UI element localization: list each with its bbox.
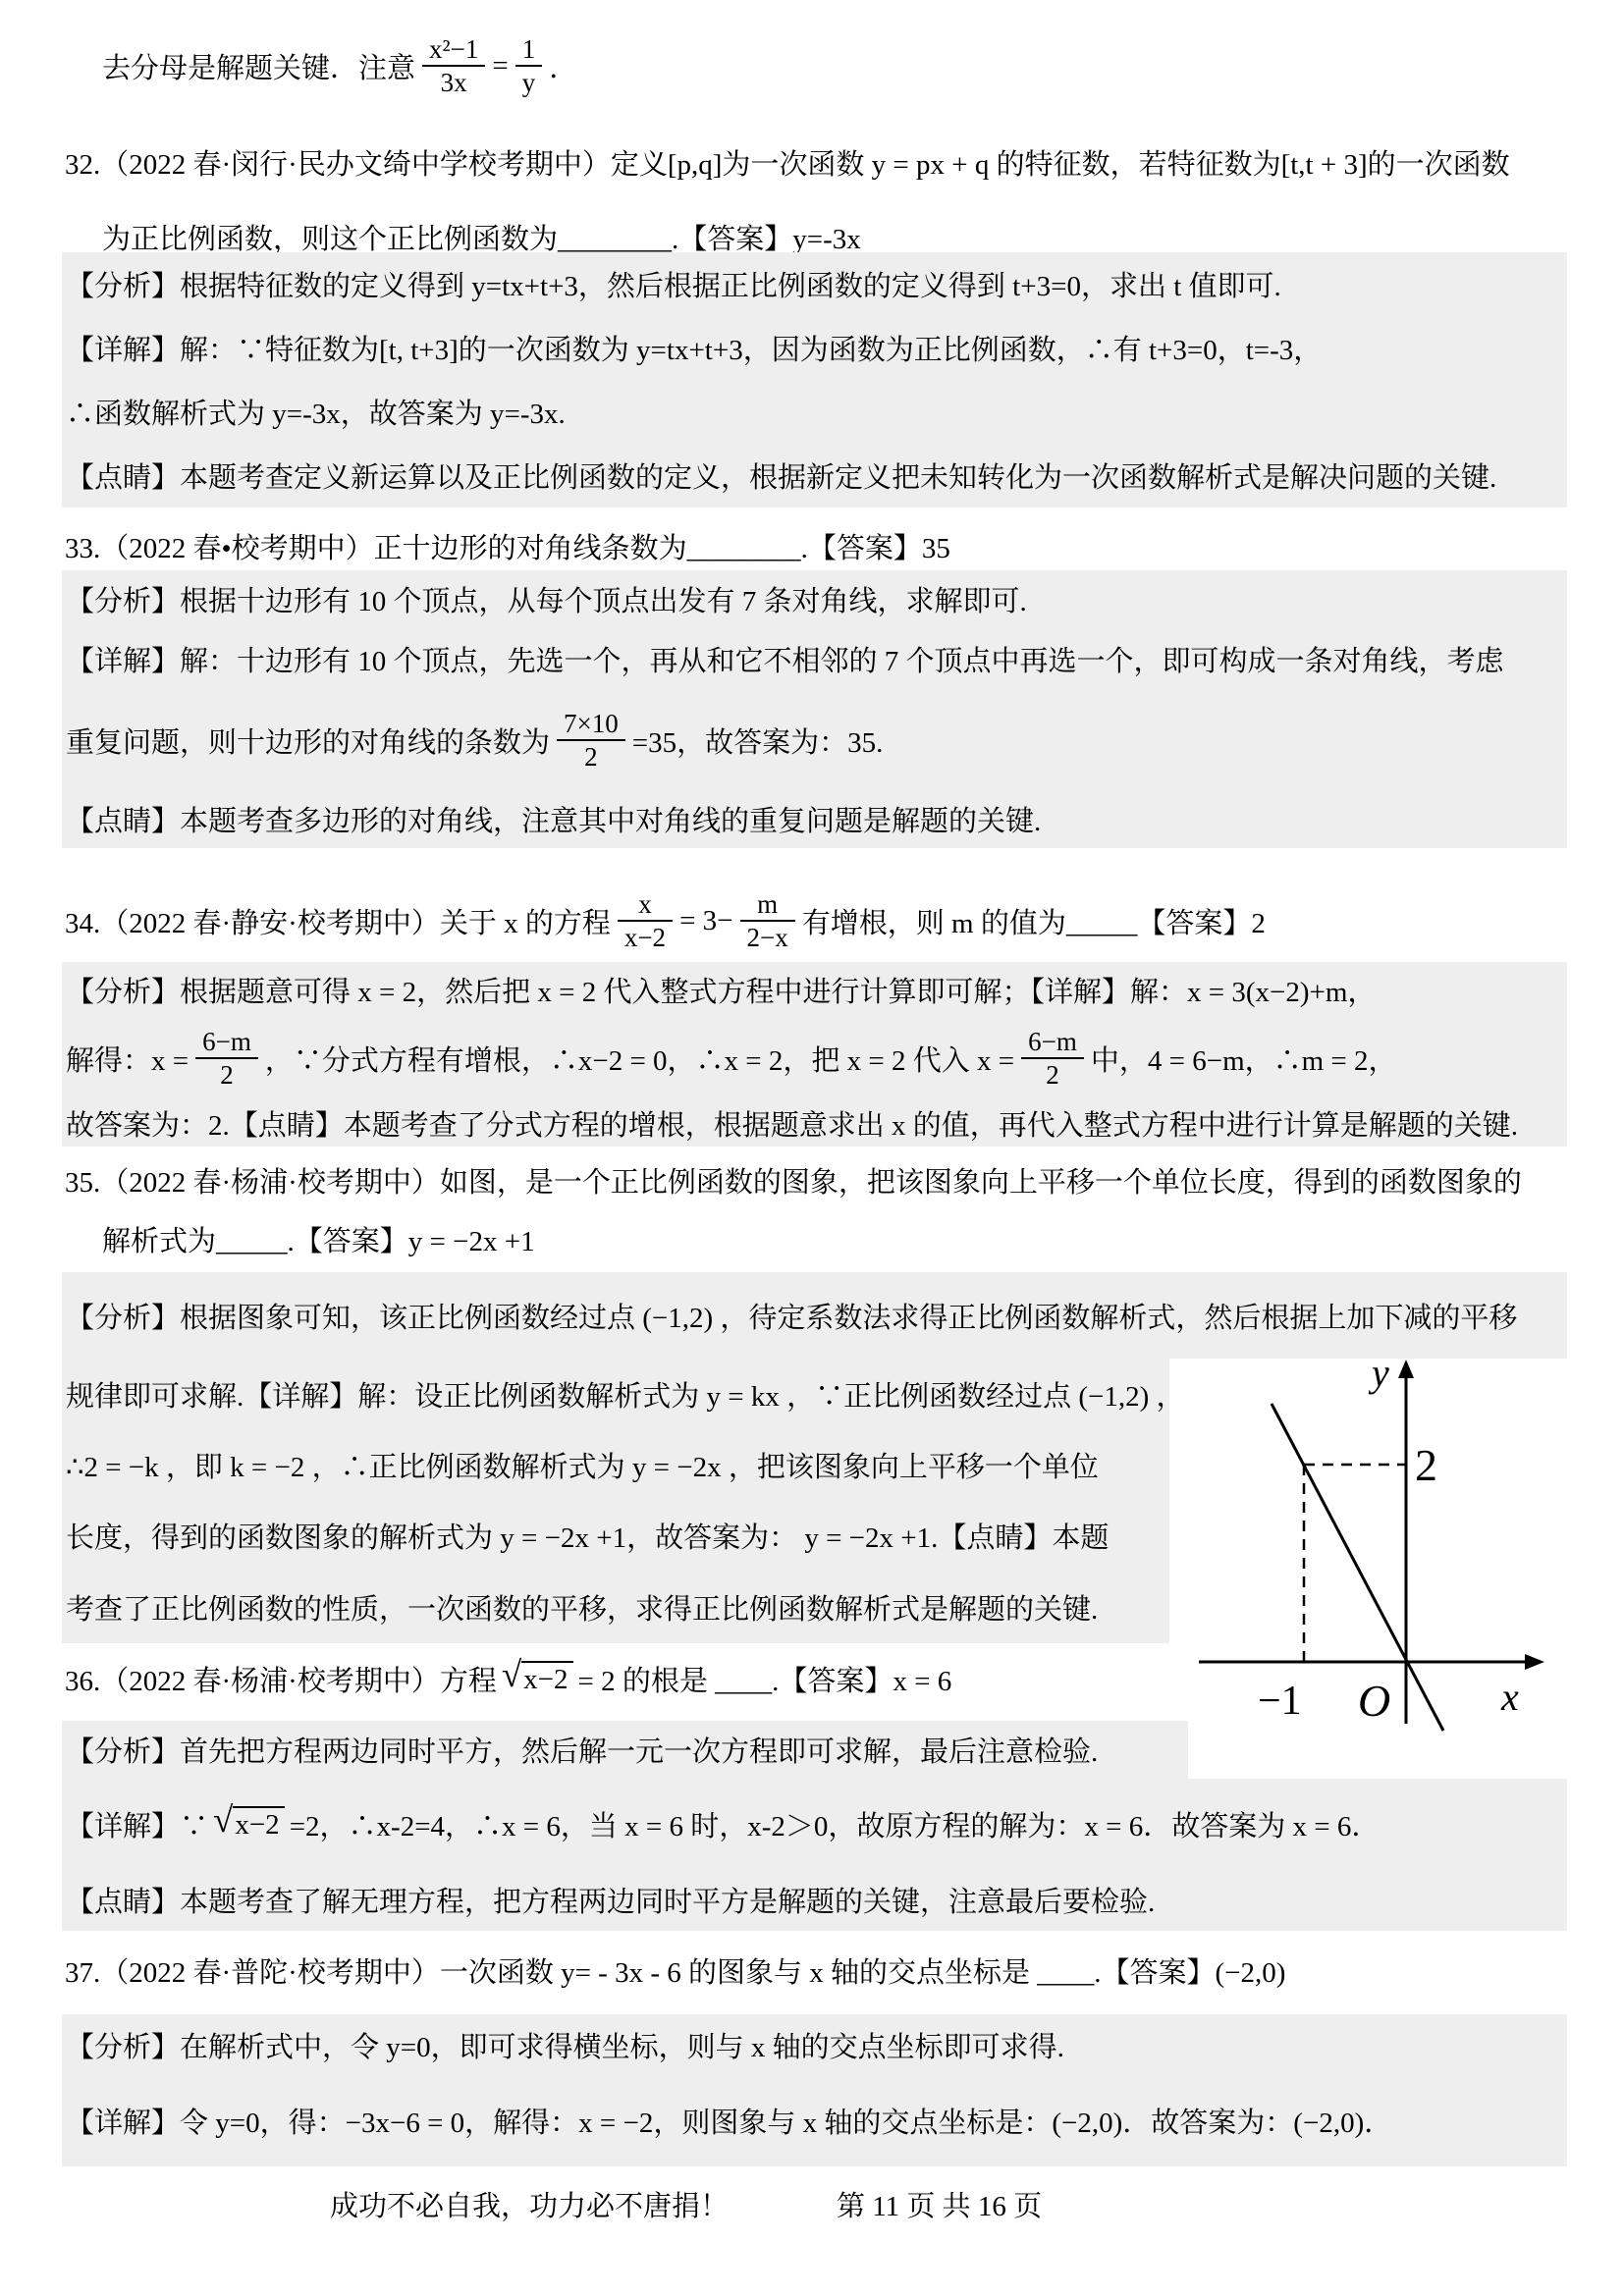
p36-solution-block: 【详解】∵√x−2=2，∴x-2=4，∴x = 6，当 x = 6 时，x-2＞… [62,1779,1567,1931]
y-tick-label: 2 [1415,1440,1437,1490]
p36-remark: 【点睛】本题考查了解无理方程，把方程两边同时平方是解题的关键，注意最后要检验. [62,1869,1567,1931]
intro-line: 去分母是解题关键．注意x²−13x=1y． [102,27,577,105]
p35-header-line2: 解析式为_____.【答案】y = −2x +1 [102,1220,535,1263]
p34-remark: 故答案为：2.【点睛】本题考查了分式方程的增根，根据题意求出 x 的值，再代入整… [62,1099,1567,1147]
p35-analysis: 【分析】根据图象可知，该正比例函数经过点 (−1,2) ，待定系数法求得正比例函… [62,1272,1567,1359]
p32-detail-line2: ∴函数解析式为 y=-3x，故答案为 y=-3x. [62,380,1567,444]
p33-solution-block: 【分析】根据十边形有 10 个顶点，从每个顶点出发有 7 条对角线，求解即可. … [62,570,1567,848]
p32-remark: 【点睛】本题考查定义新运算以及正比例函数的定义，根据新定义把未知转化为一次函数解… [62,444,1567,507]
document-page: 去分母是解题关键．注意x²−13x=1y． 32.（2022 春·闵行·民办文绮… [0,0,1624,2296]
p32-detail-line1: 【详解】解：∵特征数为[t, t+3]的一次函数为 y=tx+t+3，因为函数为… [62,316,1567,380]
x-axis-label: x [1500,1675,1519,1719]
footer-slogan: 成功不必自我，功力必不唐捐！ [330,2187,729,2226]
p33-remark: 【点睛】本题考查多边形的对角线，注意其中对角线的重复问题是解题的关键. [62,790,1567,848]
p35-figure: y x O 2 −1 [1169,1359,1567,1779]
p35-header-line1: 35.（2022 春·杨浦·校考期中）如图，是一个正比例函数的图象，把该图象向上… [65,1161,1522,1204]
p36-analysis: 【分析】首先把方程两边同时平方，然后解一元一次方程即可求解，最后注意检验. [62,1721,1188,1779]
p35-remark: 考查了正比例函数的性质，一次函数的平移，求得正比例函数解析式是解题的关键. [62,1572,1169,1643]
p34-solution-block: 【分析】根据题意可得 x = 2，然后把 x = 2 代入整式方程中进行计算即可… [62,962,1567,1147]
p35-detail-line3: 长度，得到的函数图象的解析式为 y = −2x +1，故答案为： y = −2x… [62,1500,1169,1572]
p37-analysis: 【分析】在解析式中，令 y=0，即可求得横坐标，则与 x 轴的交点坐标即可求得. [62,2014,1567,2075]
p37-header: 37.（2022 春·普陀·校考期中）一次函数 y= - 3x - 6 的图象与… [65,1951,1285,1995]
p35-solution-block: 规律即可求解.【详解】解：设正比例函数解析式为 y = kx ，∵正比例函数经过… [62,1359,1169,1643]
x-axis-arrow-icon [1525,1654,1544,1670]
p36-header: 36.（2022 春·杨浦·校考期中）方程√x−2= 2 的根是 ____.【答… [65,1655,951,1702]
p35-detail-line2: ∴2 = −k ，即 k = −2 ，∴正比例函数解析式为 y = −2x ，把… [62,1429,1169,1500]
p32-header-line1: 32.（2022 春·闵行·民办文绮中学校考期中）定义[p,q]为一次函数 y … [65,143,1510,187]
p36-detail-line1: 【详解】∵√x−2=2，∴x-2=4，∴x = 6，当 x = 6 时，x-2＞… [62,1779,1567,1869]
p34-header: 34.（2022 春·静安·校考期中）关于 x 的方程xx−2= 3−m2−x有… [65,877,1266,965]
p34-detail-line1: 解得：x =6−m2，∵分式方程有增根，∴x−2 = 0，∴x = 2，把 x … [62,1017,1567,1099]
p37-detail-line1: 【详解】令 y=0，得：−3x−6 = 0，解得：x = −2，则图象与 x 轴… [62,2075,1567,2166]
x-tick-label: −1 [1258,1679,1302,1724]
p32-solution-block: 【分析】根据特征数的定义得到 y=tx+t+3，然后根据正比例函数的定义得到 t… [62,252,1567,507]
p35-detail-line1: 规律即可求解.【详解】解：设正比例函数解析式为 y = kx ，∵正比例函数经过… [62,1359,1169,1429]
p33-detail-line2: 重复问题，则十边形的对角线的条数为7×102=35，故答案为：35. [62,690,1567,790]
p34-analysis: 【分析】根据题意可得 x = 2，然后把 x = 2 代入整式方程中进行计算即可… [62,962,1567,1017]
p33-header: 33.（2022 春•校考期中）正十边形的对角线条数为________.【答案】… [65,527,950,570]
p33-detail-line1: 【详解】解：十边形有 10 个顶点，先选一个，再从和它不相邻的 7 个顶点中再选… [62,627,1567,690]
p37-solution-block: 【分析】在解析式中，令 y=0，即可求得横坐标，则与 x 轴的交点坐标即可求得.… [62,2014,1567,2166]
p35-analysis-block: 【分析】根据图象可知，该正比例函数经过点 (−1,2) ，待定系数法求得正比例函… [62,1272,1567,1359]
p33-analysis: 【分析】根据十边形有 10 个顶点，从每个顶点出发有 7 条对角线，求解即可. [62,570,1567,627]
y-axis-label: y [1368,1359,1389,1395]
p36-analysis-block: 【分析】首先把方程两边同时平方，然后解一元一次方程即可求解，最后注意检验. [62,1721,1188,1779]
footer-page-info: 第 11 页 共 16 页 [837,2187,1042,2226]
y-axis-arrow-icon [1398,1360,1414,1378]
origin-label: O [1358,1676,1390,1726]
p32-analysis: 【分析】根据特征数的定义得到 y=tx+t+3，然后根据正比例函数的定义得到 t… [62,252,1567,316]
